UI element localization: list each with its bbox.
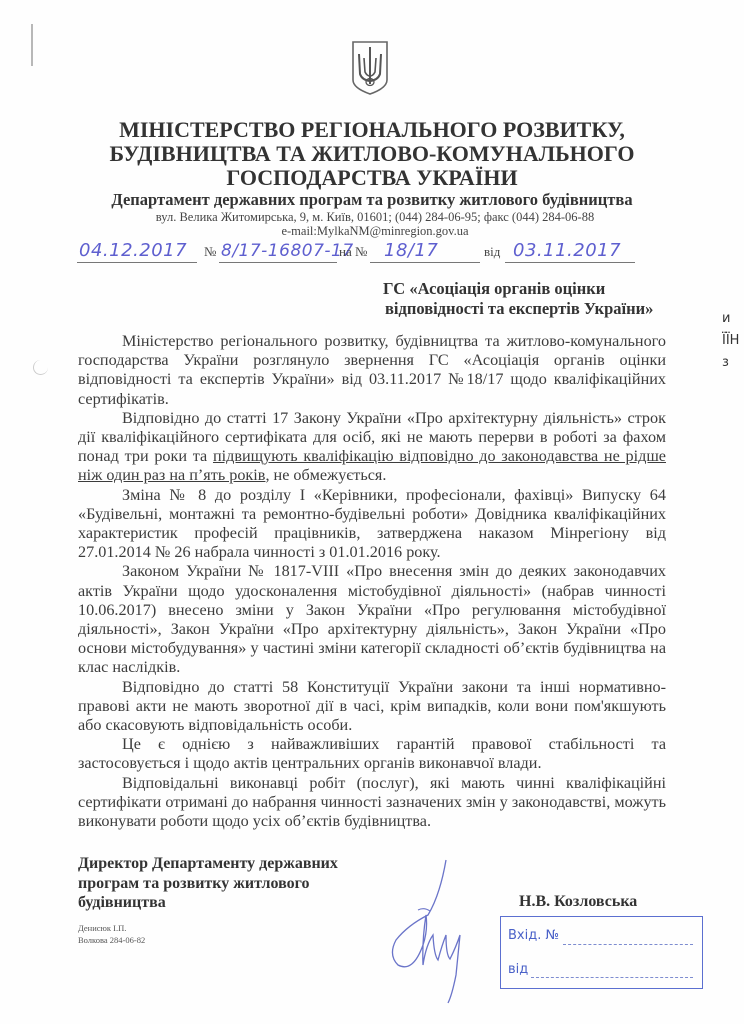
- ministry-name: МІНІСТЕРСТВО РЕГІОНАЛЬНОГО РОЗВИТКУ, БУД…: [0, 118, 744, 190]
- from-date-field: 03.11.2017: [505, 236, 635, 263]
- paragraph-5: Відповідно до статті 58 Конституції Укра…: [78, 678, 666, 736]
- incoming-registration-stamp: Вхід. № від: [500, 916, 703, 989]
- from-date-label: від: [484, 244, 500, 260]
- outgoing-date-field: 04.12.2017: [77, 236, 197, 263]
- ministry-line-2: БУДІВНИЦТВА ТА ЖИТЛОВО-КОМУНАЛЬНОГО: [0, 142, 744, 166]
- executor-1: Денисюк І.П.: [78, 922, 145, 934]
- scan-artifact-arc: [33, 360, 48, 375]
- executor-2: Волкова 284-06-82: [78, 934, 145, 946]
- from-date: 03.11.2017: [513, 240, 621, 261]
- fragment-3: з: [722, 352, 739, 374]
- addressee-line-1: ГС «Асоціація органів оцінки: [383, 279, 653, 299]
- scan-artifact-line: [31, 24, 33, 66]
- stamp-date-line: [531, 977, 693, 978]
- letter-body: Міністерство регіонального розвитку, буд…: [78, 332, 666, 831]
- reply-number: 18/17: [384, 240, 438, 261]
- number-label: №: [204, 244, 216, 260]
- outgoing-number-field: 8/17-16807-17: [219, 236, 337, 263]
- signer-title-line-3: будівництва: [78, 893, 338, 913]
- signer-title-line-1: Директор Департаменту державних: [78, 854, 338, 874]
- trident-emblem-icon: [350, 40, 390, 96]
- fragment-1: и: [722, 308, 739, 330]
- adjacent-page-fragment: и ЇЇН з: [722, 308, 739, 374]
- outgoing-number: 8/17-16807-17: [221, 241, 354, 261]
- paragraph-1: Міністерство регіонального розвитку, буд…: [78, 332, 666, 409]
- paragraph-2: Відповідно до статті 17 Закону України «…: [78, 409, 666, 486]
- signer-title-line-2: програм та розвитку житлового: [78, 874, 338, 894]
- reply-number-label: на №: [339, 244, 367, 260]
- outgoing-date: 04.12.2017: [79, 240, 187, 261]
- ministry-line-3: ГОСПОДАРСТВА УКРАЇНИ: [0, 166, 744, 190]
- stamp-date-label: від: [508, 962, 528, 977]
- stamp-incoming-label: Вхід. №: [508, 928, 559, 943]
- paragraph-2-end: , не обмежується.: [265, 466, 386, 484]
- signer-title: Директор Департаменту державних програм …: [78, 854, 338, 913]
- department-name: Департамент державних програм та розвитк…: [32, 190, 712, 210]
- paragraph-4: Законом України № 1817-VIII «Про внесенн…: [78, 562, 666, 677]
- reply-number-field: 18/17: [370, 236, 480, 263]
- fragment-2: ЇЇН: [722, 330, 739, 352]
- handwritten-signature-icon: [378, 855, 493, 1005]
- paragraph-7: Відповідальні виконавці робіт (послуг), …: [78, 774, 666, 832]
- addressee: ГС «Асоціація органів оцінки відповіднос…: [383, 279, 653, 319]
- paragraph-6: Це є однією з найважливіших гарантій пра…: [78, 735, 666, 773]
- signer-name: Н.В. Козловська: [519, 893, 637, 911]
- department-address: вул. Велика Житомирська, 9, м. Київ, 016…: [40, 210, 710, 225]
- executors: Денисюк І.П. Волкова 284-06-82: [78, 922, 145, 946]
- stamp-incoming-line: [563, 944, 693, 945]
- paragraph-3: Зміна № 8 до розділу І «Керівники, профе…: [78, 486, 666, 563]
- ministry-line-1: МІНІСТЕРСТВО РЕГІОНАЛЬНОГО РОЗВИТКУ,: [0, 118, 744, 142]
- addressee-line-2: відповідності та експертів України»: [383, 299, 653, 319]
- registration-row: 04.12.2017 № 8/17-16807-17 на № 18/17 ві…: [77, 236, 637, 266]
